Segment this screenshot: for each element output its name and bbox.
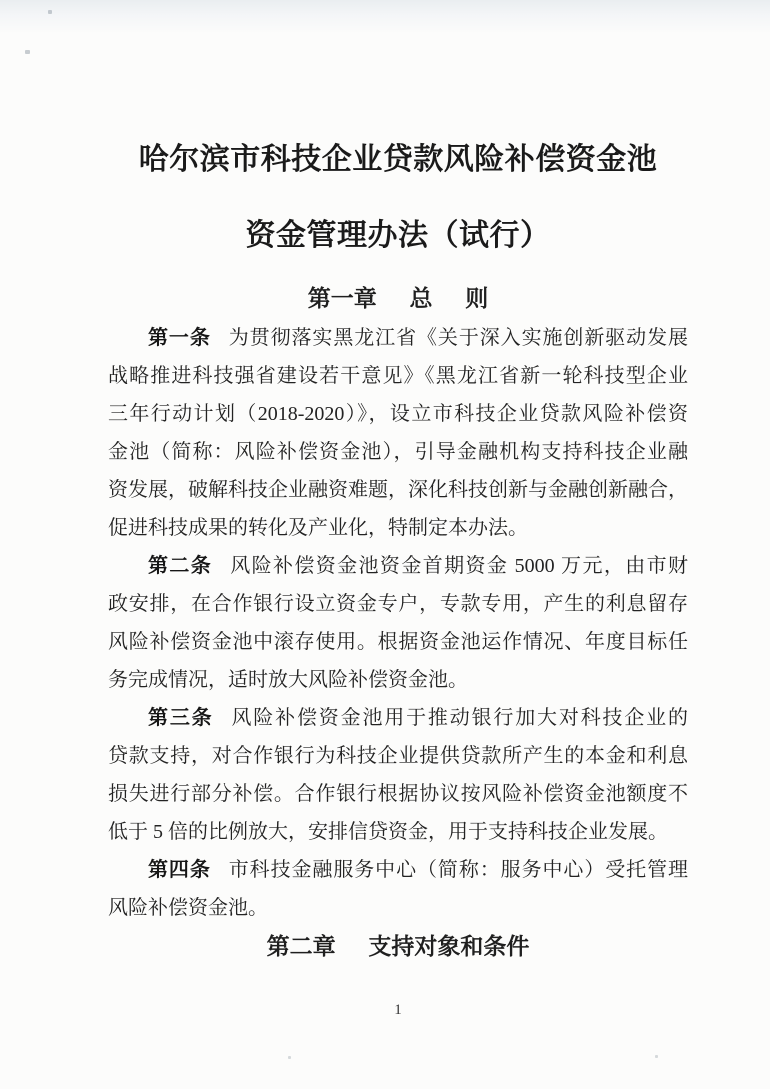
article-text: 为贯彻落实黑龙江省《关于深入实施创新驱动发展: [229, 327, 688, 349]
article-text: 风险补偿资金池资金首期资金 5000 万元，由市财: [230, 555, 688, 577]
body-line: 务完成情况，适时放大风险补偿资金池。: [108, 661, 688, 699]
body-line: 第四条市科技金融服务中心（简称：服务中心）受托管理: [108, 851, 688, 889]
body-line: 政安排，在合作银行设立资金专户，专款专用，产生的利息留存: [108, 585, 688, 623]
article-label: 第一条: [148, 327, 211, 349]
scanned-document-page: 哈尔滨市科技企业贷款风险补偿资金池 资金管理办法（试行） 第一章 总 则 第一条…: [0, 0, 770, 1089]
scan-speck: [25, 50, 30, 54]
body-line: 风险补偿资金池。: [108, 889, 688, 927]
article-label: 第三条: [148, 707, 213, 729]
body-line: 低于 5 倍的比例放大，安排信贷资金，用于支持科技企业发展。: [108, 813, 688, 851]
body-line: 第三条风险补偿资金池用于推动银行加大对科技企业的: [108, 699, 688, 737]
scan-speck: [655, 1055, 658, 1058]
chapter-2-heading: 第二章 支持对象和条件: [108, 929, 688, 963]
scan-speck: [288, 1056, 291, 1059]
article-text: 市科技金融服务中心（简称：服务中心）受托管理: [229, 859, 688, 881]
body-line: 第二条风险补偿资金池资金首期资金 5000 万元，由市财: [108, 547, 688, 585]
articles: 第一条为贯彻落实黑龙江省《关于深入实施创新驱动发展战略推进科技强省建设若干意见》…: [108, 319, 688, 927]
scan-edge-shadow: [0, 0, 770, 34]
article-label: 第四条: [148, 859, 211, 881]
body-line: 促进科技成果的转化及产业化，特制定本办法。: [108, 509, 688, 547]
body-line: 战略推进科技强省建设若干意见》《黑龙江省新一轮科技型企业: [108, 357, 688, 395]
body-line: 贷款支持，对合作银行为科技企业提供贷款所产生的本金和利息: [108, 737, 688, 775]
body-line: 风险补偿资金池中滚存使用。根据资金池运作情况、年度目标任: [108, 623, 688, 661]
body-line: 第一条为贯彻落实黑龙江省《关于深入实施创新驱动发展: [108, 319, 688, 357]
scan-speck: [48, 10, 52, 14]
chapter-1-heading: 第一章 总 则: [108, 281, 688, 315]
doc-title-line1: 哈尔滨市科技企业贷款风险补偿资金池: [108, 140, 688, 180]
body-line: 损失进行部分补偿。合作银行根据协议按风险补偿资金池额度不: [108, 775, 688, 813]
body-line: 资发展，破解科技企业融资难题，深化科技创新与金融创新融合，: [108, 471, 688, 509]
doc-title-line2: 资金管理办法（试行）: [108, 216, 688, 256]
body-line: 金池（简称：风险补偿资金池），引导金融机构支持科技企业融: [108, 433, 688, 471]
article-text: 风险补偿资金池用于推动银行加大对科技企业的: [231, 707, 688, 729]
body-line: 三年行动计划（2018-2020）》，设立市科技企业贷款风险补偿资: [108, 395, 688, 433]
page-number: 1: [108, 1000, 688, 1020]
article-label: 第二条: [148, 555, 212, 577]
